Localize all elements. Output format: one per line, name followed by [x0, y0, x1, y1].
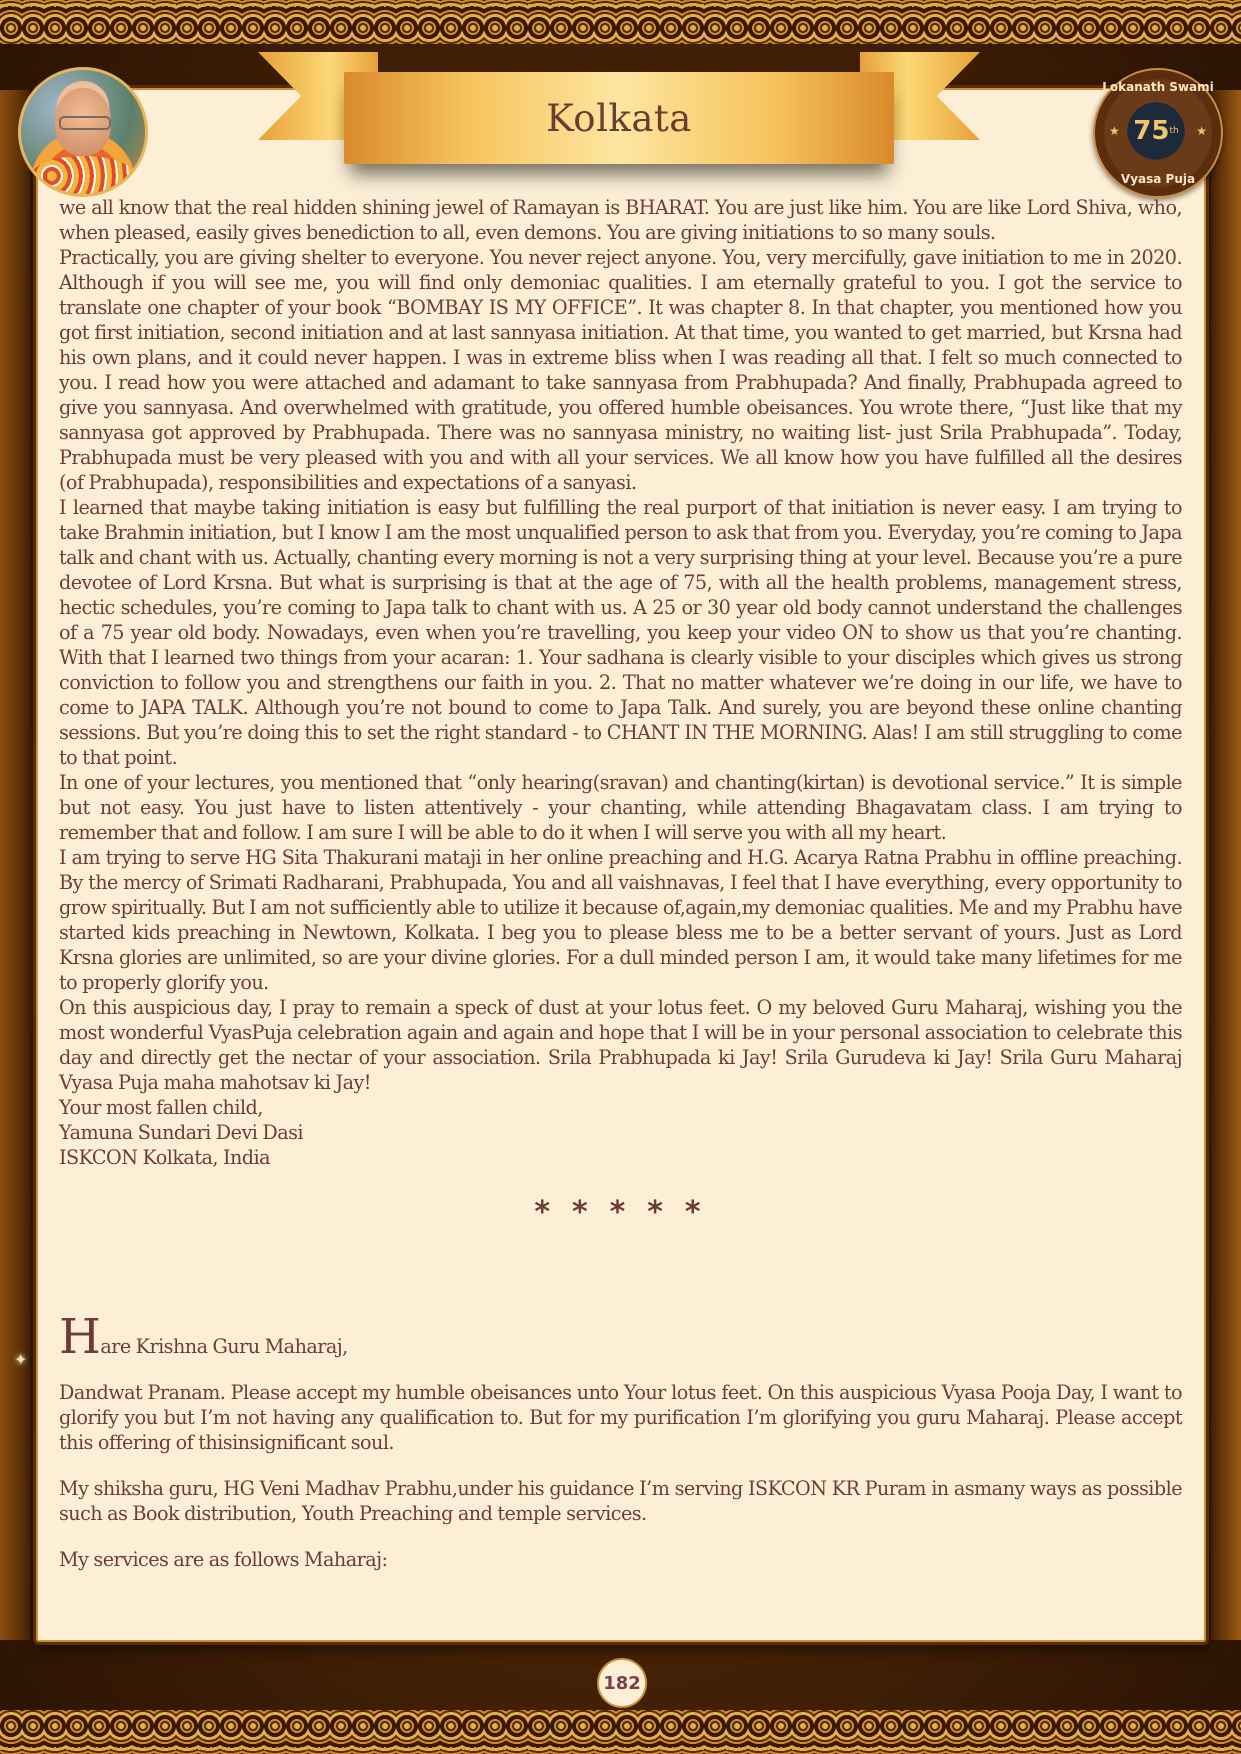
paragraph: Dandwat Pranam. Please accept my humble … [59, 1380, 1182, 1455]
paragraph: My services are as follows Maharaj: [59, 1547, 1182, 1572]
paragraph: My shiksha guru, HG Veni Madhav Prabhu,u… [59, 1476, 1182, 1526]
page-title: Kolkata [546, 97, 692, 140]
greeting: Hare Krishna Guru Maharaj, [59, 1317, 1182, 1359]
guru-portrait [18, 67, 148, 197]
paragraph: Practically, you are giving shelter to e… [59, 245, 1182, 495]
portrait-garland [31, 156, 135, 196]
signature-name: Yamuna Sundari Devi Dasi [59, 1120, 1182, 1145]
page-content: we all know that the real hidden shining… [59, 195, 1182, 1572]
star-icon: ★ [1109, 124, 1120, 138]
signature-location: ISKCON Kolkata, India [59, 1145, 1182, 1170]
star-icon: ★ [1196, 124, 1207, 138]
sparkle-icon: ✦ [14, 1350, 27, 1369]
paragraph: we all know that the real hidden shining… [59, 195, 1182, 245]
paragraph: I learned that maybe taking initiation i… [59, 495, 1182, 770]
portrait-glasses [59, 116, 111, 130]
paragraph: On this auspicious day, I pray to remain… [59, 995, 1182, 1095]
section-separator: * * * * * [59, 1200, 1182, 1225]
decorative-border-bottom [0, 1710, 1241, 1754]
ribbon-banner: Kolkata [344, 72, 894, 164]
anniversary-badge: Lokanath Swami ★ ★ 75th Vyasa Puja [1093, 68, 1223, 198]
drop-cap: H [59, 1309, 100, 1365]
badge-bottom-text: Vyasa Puja [1095, 172, 1221, 186]
paragraph: I am trying to serve HG Sita Thakurani m… [59, 845, 1182, 995]
title-ribbon: Kolkata [258, 52, 980, 172]
greeting-text: are Krishna Guru Maharaj, [100, 1335, 347, 1358]
badge-seal: 75th [1127, 102, 1185, 160]
decorative-border-top [0, 0, 1241, 44]
badge-top-text: Lokanath Swami [1095, 80, 1221, 94]
badge-number: 75 [1133, 116, 1169, 146]
badge-suffix: th [1169, 126, 1178, 136]
signature-closing: Your most fallen child, [59, 1095, 1182, 1120]
frame-left [0, 90, 30, 1640]
paragraph: In one of your lectures, you mentioned t… [59, 770, 1182, 845]
frame-right [1211, 90, 1241, 1640]
page-number: 182 [597, 1658, 647, 1708]
